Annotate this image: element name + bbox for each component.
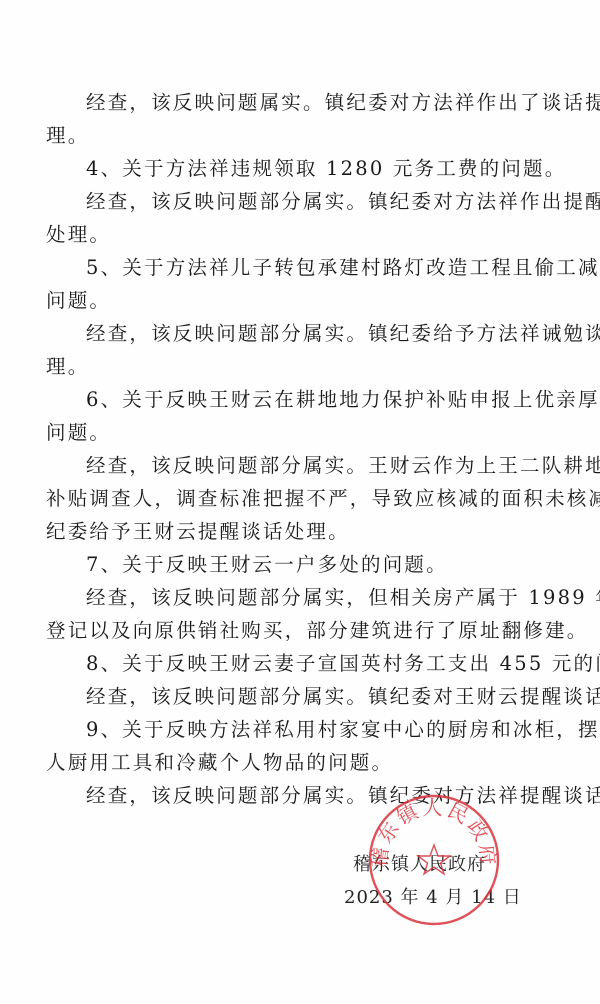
text-line: 理。 [46, 124, 89, 148]
text-line: 经查，该反映问题部分属实，但相关房产属于 1989 年申报 [86, 586, 600, 610]
text-line: 经查，该反映问题部分属实。镇纪委对方法祥提醒谈话处理。 [86, 784, 600, 808]
text-line: 处理。 [46, 223, 111, 247]
text-line: 经查，该反映问题部分属实。王财云作为上王二队耕地地力 [86, 454, 600, 478]
text-line: 7、关于反映王财云一户多处的问题。 [86, 553, 448, 577]
text-line: 经查，该反映问题部分属实。镇纪委对王财云提醒谈话处理。 [86, 685, 600, 709]
text-line: 问题。 [46, 421, 111, 445]
text-line: 理。 [46, 355, 89, 379]
text-line: 4、关于方法祥违规领取 1280 元务工费的问题。 [86, 157, 566, 181]
text-line: 经查，该反映问题部分属实。镇纪委对方法祥作出提醒谈话 [86, 190, 600, 214]
text-line: 经查，该反映问题属实。镇纪委对方法祥作出了谈话提醒处 [86, 91, 600, 115]
document-page: 经查，该反映问题属实。镇纪委对方法祥作出了谈话提醒处理。4、关于方法祥违规领取 … [0, 0, 600, 1004]
text-line: 问题。 [46, 289, 111, 313]
text-line: 5、关于方法祥儿子转包承建村路灯改造工程且偷工减料的 [86, 256, 600, 280]
text-line: 9、关于反映方法祥私用村家宴中心的厨房和冰柜，摆放个 [86, 718, 600, 742]
text-line: 经查，该反映问题部分属实。镇纪委给予方法祥诫勉谈话处 [86, 322, 600, 346]
star-icon [418, 845, 450, 874]
text-line: 人厨用工具和冷藏个人物品的问题。 [46, 751, 393, 775]
text-line: 登记以及向原供销社购买，部分建筑进行了原址翻修建。 [46, 619, 589, 643]
text-line: 纪委给予王财云提醒谈话处理。 [46, 520, 350, 544]
text-line: 8、关于反映王财云妻子宣国英村务工支出 455 元的问题。 [86, 652, 600, 676]
text-line: 6、关于反映王财云在耕地地力保护补贴申报上优亲厚友的 [86, 388, 600, 412]
text-line: 补贴调查人，调查标准把握不严，导致应核减的面积未核减。镇 [46, 487, 600, 511]
seal-text: 稽东镇人民政府 [367, 795, 501, 868]
svg-text:稽东镇人民政府: 稽东镇人民政府 [367, 795, 501, 868]
official-seal: 稽东镇人民政府 [367, 793, 501, 927]
